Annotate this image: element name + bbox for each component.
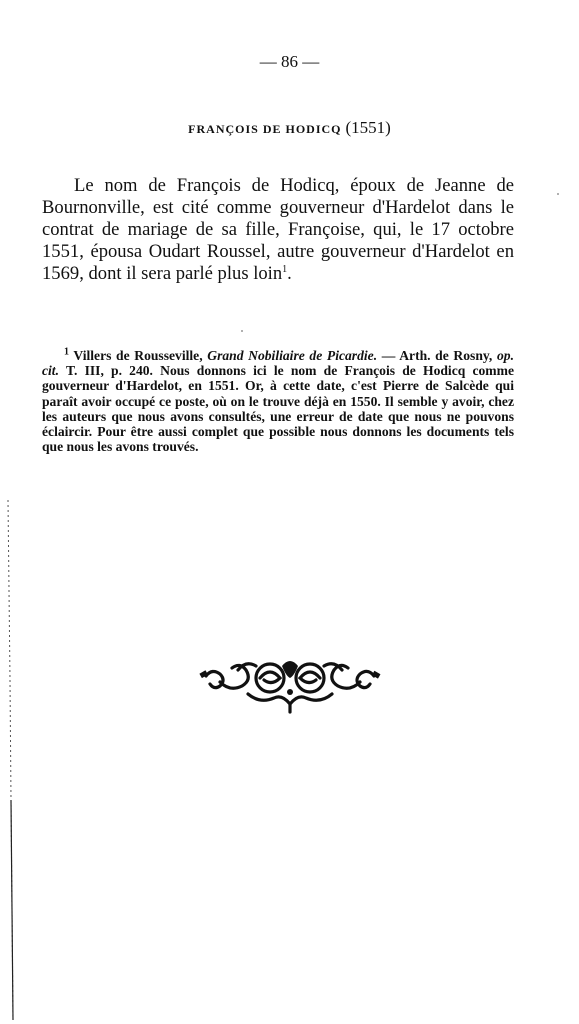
footnote-title-1: Grand Nobiliaire de Picardie. bbox=[207, 348, 377, 363]
footnote-marker: 1 bbox=[64, 346, 69, 357]
body-paragraph: Le nom de François de Hodicq, époux de J… bbox=[42, 175, 514, 285]
scan-speck bbox=[241, 330, 243, 332]
footnote-author-2: — Arth. de Rosny, bbox=[382, 348, 493, 363]
body-text: Le nom de François de Hodicq, époux de J… bbox=[42, 175, 514, 284]
scan-edge-artifact bbox=[6, 500, 15, 1020]
chapter-title: FRANÇOIS DE HODICQ (1551) bbox=[0, 118, 579, 138]
chapter-title-name: FRANÇOIS DE HODICQ bbox=[188, 122, 341, 136]
chapter-title-year: (1551) bbox=[346, 118, 391, 137]
scan-speck bbox=[557, 193, 559, 195]
footnote: 1 Villers de Rousseville, Grand Nobiliai… bbox=[42, 348, 514, 454]
footnote-text: T. III, p. 240. Nous donnons ici le nom … bbox=[42, 363, 514, 454]
body-text-end: . bbox=[287, 263, 292, 284]
footnote-author-1: Villers de Rousseville, bbox=[73, 348, 202, 363]
page-number: — 86 — bbox=[0, 52, 579, 72]
fleuron-ornament-icon bbox=[198, 648, 382, 714]
